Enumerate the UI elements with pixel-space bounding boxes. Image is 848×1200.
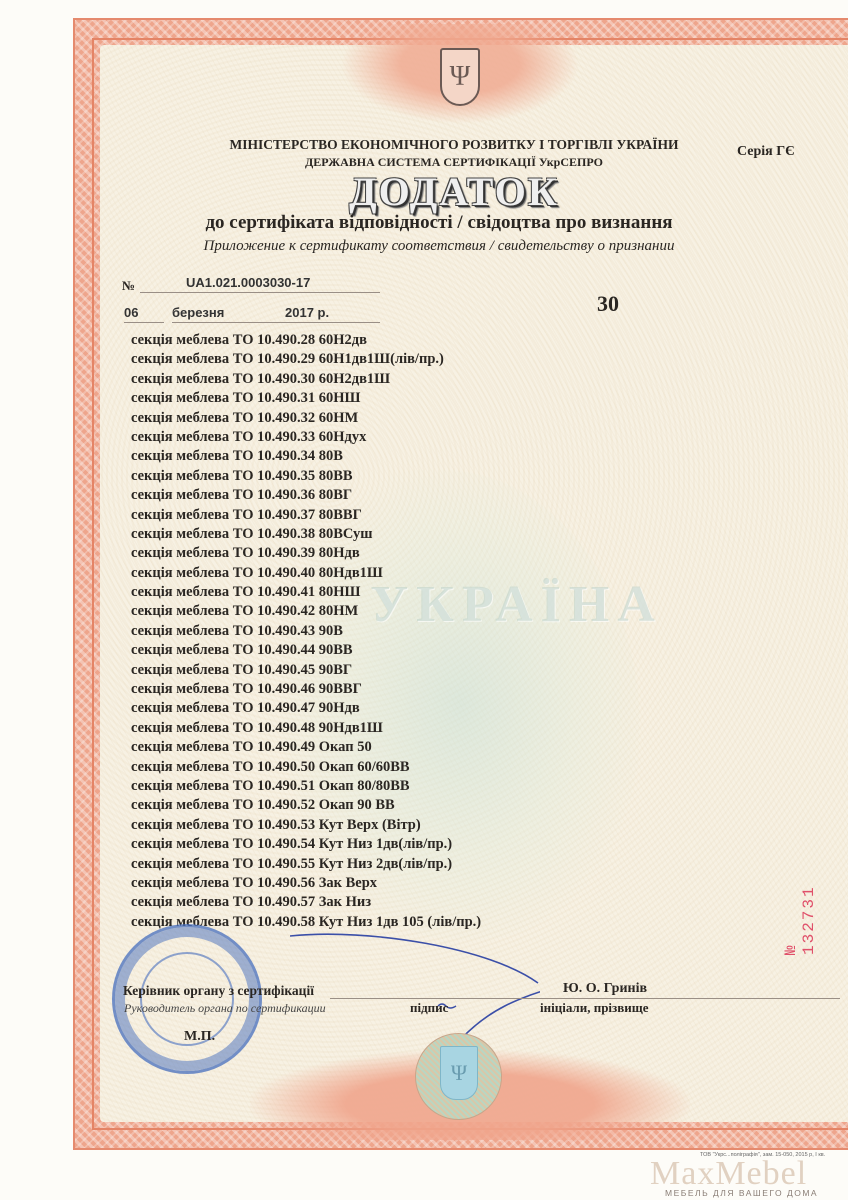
signer-role-ua: Керівник органу з сертифікації: [123, 983, 314, 999]
subtitle-ukrainian: до сертифіката відповідності / свідоцтва…: [0, 212, 848, 234]
list-item: секція меблева ТО 10.490.33 60Ндух: [131, 428, 481, 447]
list-item: секція меблева ТО 10.490.46 90ВВГ: [131, 680, 481, 699]
list-item: секція меблева ТО 10.490.37 80ВВГ: [131, 506, 481, 525]
subtitle-russian: Приложение к сертификату соответствия / …: [0, 238, 848, 255]
list-item: секція меблева ТО 10.490.39 80Ндв: [131, 544, 481, 563]
name-caption: ініціали, прізвище: [540, 1000, 649, 1016]
list-item: секція меблева ТО 10.490.50 Окап 60/60ВВ: [131, 758, 481, 777]
list-item: секція меблева ТО 10.490.43 90В: [131, 622, 481, 641]
list-item: секція меблева ТО 10.490.52 Окап 90 ВВ: [131, 796, 481, 815]
list-item: секція меблева ТО 10.490.31 60НШ: [131, 389, 481, 408]
list-item: секція меблева ТО 10.490.42 80НМ: [131, 602, 481, 621]
document-title: ДОДАТОК: [0, 168, 848, 215]
seal-label: М.П.: [184, 1029, 215, 1045]
list-item: секція меблева ТО 10.490.53 Кут Верх (Ві…: [131, 816, 481, 835]
list-item: секція меблева ТО 10.490.32 60НМ: [131, 409, 481, 428]
signer-name: Ю. О. Гринів: [563, 981, 647, 997]
list-item: секція меблева ТО 10.490.47 90Ндв: [131, 699, 481, 718]
trident-icon: Ψ: [440, 1046, 478, 1100]
date-underline: [124, 322, 164, 323]
list-item: секція меблева ТО 10.490.45 90ВГ: [131, 661, 481, 680]
trident-icon: Ψ: [440, 48, 480, 106]
list-item: секція меблева ТО 10.490.55 Кут Низ 2дв(…: [131, 855, 481, 874]
list-item: секція меблева ТО 10.490.51 Окап 80/80ВВ: [131, 777, 481, 796]
list-item: секція меблева ТО 10.490.44 90ВВ: [131, 641, 481, 660]
product-list: секція меблева ТО 10.490.28 60Н2двсекція…: [131, 331, 481, 932]
list-item: секція меблева ТО 10.490.57 Зак Низ: [131, 893, 481, 912]
list-item: секція меблева ТО 10.490.54 Кут Низ 1дв(…: [131, 835, 481, 854]
signer-role-ru: Руководитель органа по сертификации: [124, 1001, 326, 1016]
list-item: секція меблева ТО 10.490.35 80ВВ: [131, 467, 481, 486]
date-day: 06: [124, 305, 138, 320]
list-item: секція меблева ТО 10.490.28 60Н2дв: [131, 331, 481, 350]
list-item: секція меблева ТО 10.490.29 60Н1дв1Ш(лів…: [131, 350, 481, 369]
brand-tagline: МЕБЕЛЬ ДЛЯ ВАШЕГО ДОМА: [665, 1188, 818, 1198]
signature-caption: підпис: [410, 1000, 448, 1016]
date-underline: [172, 322, 380, 323]
list-item: секція меблева ТО 10.490.30 60Н2дв1Ш: [131, 370, 481, 389]
serial-number: № 132731: [782, 885, 818, 955]
ministry-name: МІНІСТЕРСТВО ЕКОНОМІЧНОГО РОЗВИТКУ І ТОР…: [0, 137, 848, 153]
signature-stroke: [290, 928, 540, 1038]
number-underline: [140, 292, 380, 293]
date-month: березня: [172, 305, 224, 320]
list-item: секція меблева ТО 10.490.41 80НШ: [131, 583, 481, 602]
number-label: №: [122, 278, 135, 294]
page-number: 30: [597, 291, 619, 317]
series-label: Серія ГЄ: [737, 144, 795, 160]
list-item: секція меблева ТО 10.490.56 Зак Верх: [131, 874, 481, 893]
list-item: секція меблева ТО 10.490.34 80В: [131, 447, 481, 466]
list-item: секція меблева ТО 10.490.49 Окап 50: [131, 738, 481, 757]
signature-line: [330, 998, 840, 999]
certificate-number: UA1.021.0003030-17: [186, 275, 310, 290]
list-item: секція меблева ТО 10.490.40 80Ндв1Ш: [131, 564, 481, 583]
date-year: 2017 р.: [285, 305, 329, 320]
list-item: секція меблева ТО 10.490.36 80ВГ: [131, 486, 481, 505]
list-item: секція меблева ТО 10.490.38 80ВСуш: [131, 525, 481, 544]
list-item: секція меблева ТО 10.490.48 90Ндв1Ш: [131, 719, 481, 738]
